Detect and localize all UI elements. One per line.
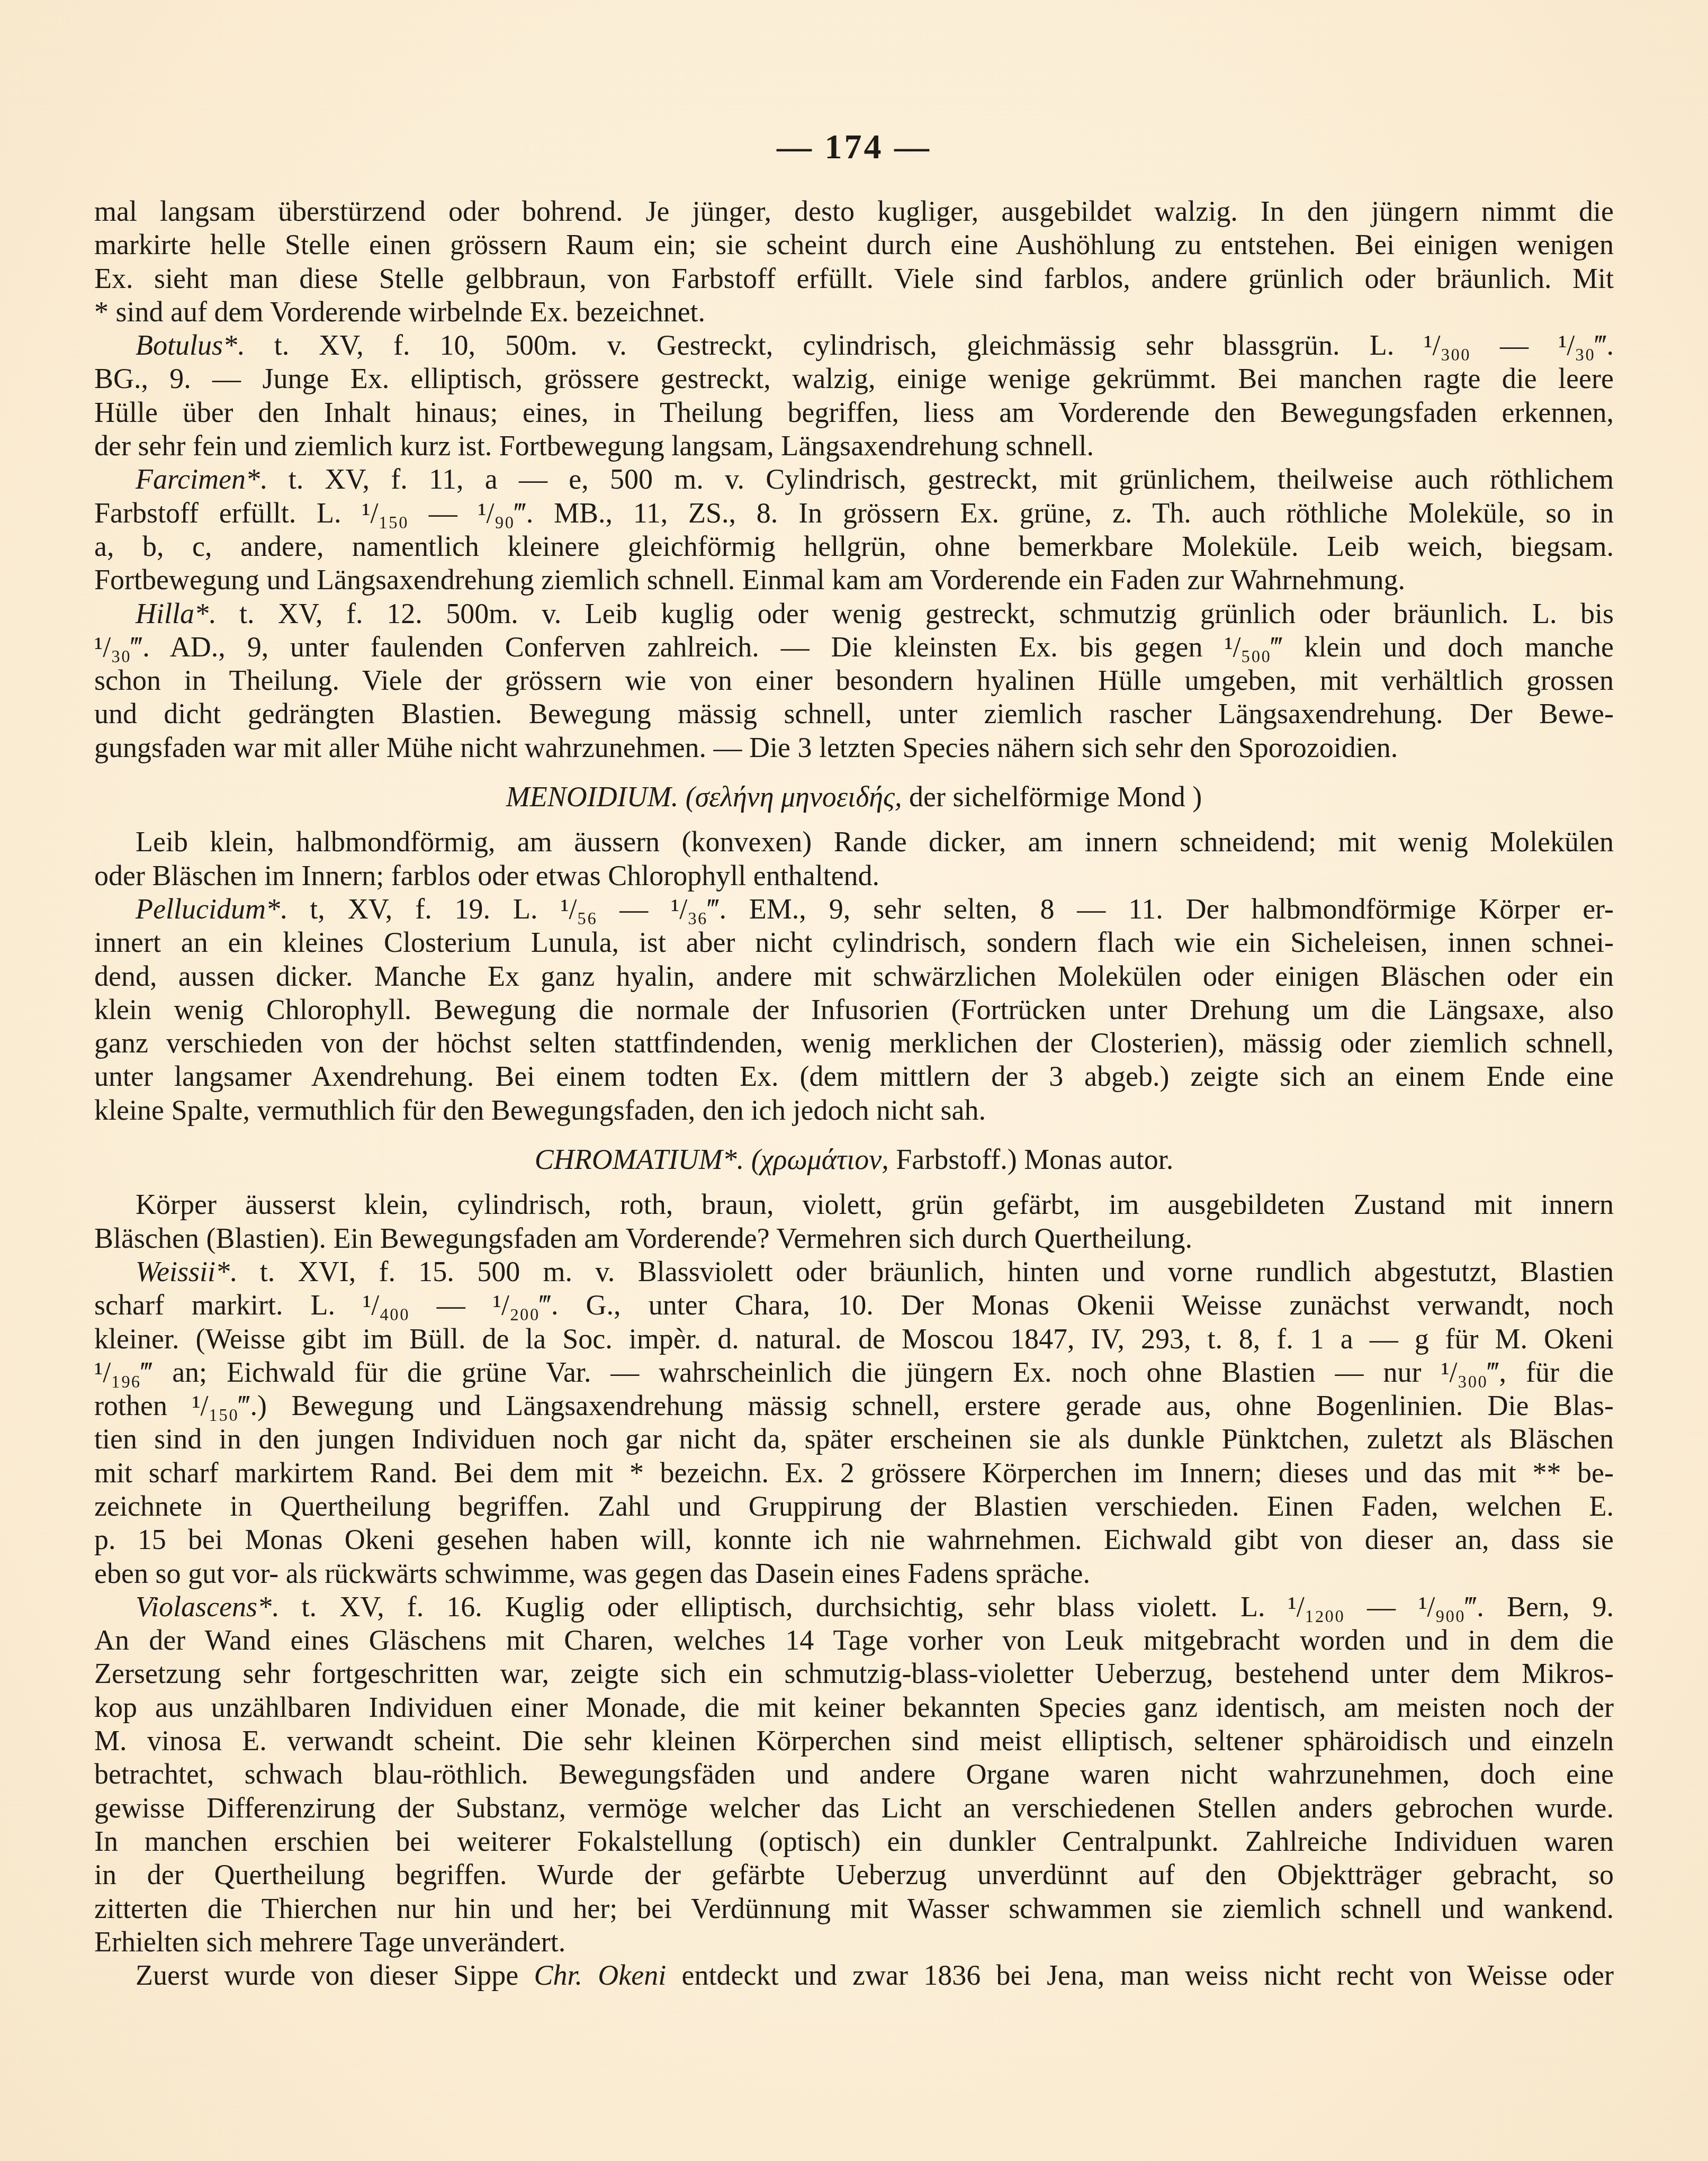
text-line: mit scharf markirtem Rand. Bei dem mit *…: [94, 1456, 1614, 1490]
species-description: . t. XVI, f. 15. 500 m. v. Blassviolett …: [230, 1256, 1614, 1287]
text-line: unter langsamer Axendrehung. Bei einem t…: [94, 1060, 1614, 1093]
species-name: Pellucidum*: [136, 893, 280, 925]
text-line: In manchen erschien bei weiterer Fokalst…: [94, 1825, 1614, 1858]
text-line: dend, aussen dicker. Manche Ex ganz hyal…: [94, 960, 1614, 993]
text-line: eben so gut vor- als rückwärts schwimme,…: [94, 1557, 1614, 1590]
species-entry-hilla: Hilla*. t. XV, f. 12. 500m. v. Leib kugl…: [94, 597, 1614, 631]
text-line: kop aus unzählbaren Individuen einer Mon…: [94, 1691, 1614, 1724]
text-line: klein wenig Chlorophyll. Bewegung die no…: [94, 993, 1614, 1027]
genus-gloss: Farbstoff.) Monas autor.: [896, 1143, 1173, 1175]
text-line: rothen ¹/₁₅₀‴.) Bewegung und Längsaxendr…: [94, 1389, 1614, 1422]
text-line: in der Quertheilung begriffen. Wurde der…: [94, 1858, 1614, 1892]
species-name: Botulus*: [136, 329, 237, 361]
text-line: schon in Theilung. Viele der grössern wi…: [94, 664, 1614, 697]
genus-heading-chromatium: CHROMATIUM*. (χρωμάτιον, Farbstoff.) Mon…: [94, 1143, 1614, 1176]
text-line: p. 15 bei Monas Okeni gesehen haben will…: [94, 1523, 1614, 1556]
text-line: der sehr fein und ziemlich kurz ist. For…: [94, 429, 1614, 463]
text-line: Zersetzung sehr fortgeschritten war, zei…: [94, 1657, 1614, 1690]
text-line: BG., 9. — Junge Ex. elliptisch, grössere…: [94, 362, 1614, 395]
text-line: zitterten die Thierchen nur hin und her;…: [94, 1892, 1614, 1925]
text-line: Ex. sieht man diese Stelle gelbbraun, vo…: [94, 262, 1614, 295]
text-line: kleine Spalte, vermuthlich für den Beweg…: [94, 1094, 1614, 1127]
text-line: Körper äusserst klein, cylindrisch, roth…: [94, 1188, 1614, 1221]
species-description: . t. XV, f. 12. 500m. v. Leib kuglig ode…: [209, 598, 1614, 629]
text-line: * sind auf dem Vorderende wirbelnde Ex. …: [94, 295, 1614, 329]
species-entry-botulus: Botulus*. t. XV, f. 10, 500m. v. Gestrec…: [94, 329, 1614, 362]
text-line: gewisse Differenzirung der Substanz, ver…: [94, 1791, 1614, 1825]
text-line: a, b, c, andere, namentlich kleinere gle…: [94, 530, 1614, 563]
text-line: ¹/₁₉₆‴ an; Eichwald für die grüne Var. —…: [94, 1356, 1614, 1389]
page-number: — 174 —: [0, 127, 1708, 167]
text-line: innert an ein kleines Closterium Lunula,…: [94, 926, 1614, 959]
greek-etymology: (χρωμάτιον,: [751, 1143, 889, 1175]
species-name: Farcimen*: [136, 463, 260, 495]
text-line: M. vinosa E. verwandt scheint. Die sehr …: [94, 1724, 1614, 1758]
species-name: Weissii*: [136, 1256, 230, 1287]
species-entry-violascens: Violascens*. t. XV, f. 16. Kuglig oder e…: [94, 1590, 1614, 1624]
text-line: und dicht gedrängten Blastien. Bewegung …: [94, 697, 1614, 731]
genus-heading-menoidium: MENOIDIUM. (σελήνη μηνοειδής, der sichel…: [94, 780, 1614, 814]
text-line: ¹/₃₀‴. AD., 9, unter faulenden Conferven…: [94, 631, 1614, 664]
species-name: Violascens*: [136, 1591, 272, 1623]
text-span: entdeckt und zwar 1836 bei Jena, man wei…: [666, 1959, 1614, 1991]
body-text: mal langsam überstürzend oder bohrend. J…: [94, 195, 1614, 1992]
text-line: Fortbewegung und Längsaxendrehung ziemli…: [94, 563, 1614, 597]
text-line: An der Wand eines Gläschens mit Charen, …: [94, 1624, 1614, 1657]
species-description: . t. XV, f. 11, a — e, 500 m. v. Cylindr…: [260, 463, 1614, 495]
text-line: Erhielten sich mehrere Tage unverändert.: [94, 1925, 1614, 1959]
text-line: markirte helle Stelle einen grössern Rau…: [94, 228, 1614, 262]
text-span: Zuerst wurde von dieser Sippe: [136, 1959, 534, 1991]
text-line: Bläschen (Blastien). Ein Bewegungsfaden …: [94, 1222, 1614, 1255]
text-line: Hülle über den Inhalt hinaus; eines, in …: [94, 396, 1614, 429]
final-paragraph-line: Zuerst wurde von dieser Sippe Chr. Okeni…: [94, 1959, 1614, 1992]
greek-etymology: (σελήνη μηνοειδής,: [686, 781, 902, 813]
text-line: Farbstoff erfüllt. L. ¹/₁₅₀ — ¹/₉₀‴. MB.…: [94, 497, 1614, 530]
species-name: Hilla*: [136, 598, 209, 629]
species-name-italic: Chr. Okeni: [534, 1959, 666, 1991]
text-line: Leib klein, halbmondförmig, am äussern (…: [94, 825, 1614, 859]
species-entry-farcimen: Farcimen*. t. XV, f. 11, a — e, 500 m. v…: [94, 463, 1614, 496]
genus-gloss: der sichelförmige Mond ): [909, 781, 1202, 813]
text-line: kleiner. (Weisse gibt im Büll. de la Soc…: [94, 1322, 1614, 1356]
genus-name: MENOIDIUM.: [506, 781, 678, 813]
scanned-page: — 174 — mal langsam überstürzend oder bo…: [0, 0, 1708, 2161]
species-entry-weissii: Weissii*. t. XVI, f. 15. 500 m. v. Blass…: [94, 1255, 1614, 1289]
text-line: tien sind in den jungen Individuen noch …: [94, 1422, 1614, 1456]
species-description: . t. XV, f. 16. Kuglig oder elliptisch, …: [272, 1591, 1614, 1623]
text-line: mal langsam überstürzend oder bohrend. J…: [94, 195, 1614, 228]
species-description: . t. XV, f. 10, 500m. v. Gestreckt, cyli…: [237, 329, 1614, 361]
text-line: betrachtet, schwach blau-röthlich. Beweg…: [94, 1758, 1614, 1791]
text-line: gungsfaden war mit aller Mühe nicht wahr…: [94, 731, 1614, 764]
species-entry-pellucidum: Pellucidum*. t, XV, f. 19. L. ¹/₅₆ — ¹/₃…: [94, 893, 1614, 926]
text-line: zeichnete in Quertheilung begriffen. Zah…: [94, 1490, 1614, 1523]
genus-name: CHROMATIUM*.: [535, 1143, 744, 1175]
species-description: . t, XV, f. 19. L. ¹/₅₆ — ¹/₃₆‴. EM., 9,…: [280, 893, 1614, 925]
text-line: ganz verschieden von der höchst selten s…: [94, 1027, 1614, 1060]
text-line: scharf markirt. L. ¹/₄₀₀ — ¹/₂₀₀‴. G., u…: [94, 1289, 1614, 1322]
text-line: oder Bläschen im Innern; farblos oder et…: [94, 859, 1614, 893]
